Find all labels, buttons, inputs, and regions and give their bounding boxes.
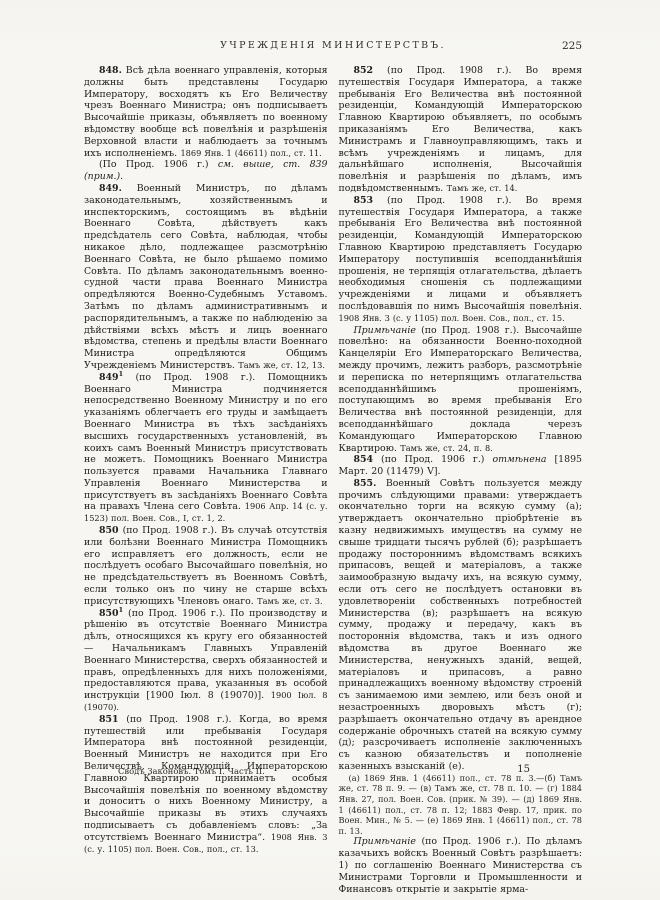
text-segment: 851	[99, 714, 119, 725]
note-853: Примѣчаніе (по Прод. 1908 г.). Высочайше…	[339, 325, 583, 455]
text-segment: (по Прод. 1908 г.). Высочайше повелѣно: …	[339, 325, 583, 454]
article-854: 854 (по Прод. 1906 г.) отмѣнена [1895 Ма…	[339, 454, 583, 478]
article-848-prod: (По Прод. 1906 г.) см. выше, ст. 839 (пр…	[84, 159, 328, 183]
footnote-855: (а) 1869 Янв. 1 (46611) пол., ст. 78 п. …	[339, 773, 583, 837]
text-segment: 849.	[99, 183, 122, 194]
text-segment: (По Прод. 1906 г.)	[99, 159, 218, 170]
article-850-1: 8501 (по Прод. 1906 г.). По производству…	[84, 608, 328, 714]
article-850: 850 (по Прод. 1908 г.). Въ случаѣ отсутс…	[84, 525, 328, 608]
text-segment: Примѣчаніе	[354, 836, 416, 847]
text-segment: (по Прод. 1906 г.). По производству и рѣ…	[84, 608, 328, 702]
article-852: 852 (по Прод. 1908 г.). Во время путешес…	[339, 65, 583, 195]
text-segment: (по Прод. 1908 г.). Помощникъ Военнаго М…	[84, 372, 328, 513]
running-title: УЧРЕЖДЕНІЯ МИНИСТЕРСТВЪ.	[220, 40, 446, 51]
page-footer: Сводъ Законовъ. Томъ I. Часть II. 15	[84, 766, 582, 782]
text-segment: (по Прод. 1908 г.). Въ случаѣ отсутствія…	[84, 525, 328, 607]
article-855: 855. Военный Совѣтъ пользуется между про…	[339, 478, 583, 773]
text-segment: 853	[354, 195, 374, 206]
running-head: УЧРЕЖДЕНІЯ МИНИСТЕРСТВЪ. 225	[84, 40, 582, 51]
article-848: 848. Всѣ дѣла военнаго управленія, котор…	[84, 65, 328, 159]
text-segment: Тамъ же, ст. 14.	[447, 183, 518, 193]
article-851: 851 (по Прод. 1908 г.). Когда, во время …	[84, 714, 328, 856]
note-855: Примѣчаніе (по Прод. 1906 г.). По дѣламъ…	[339, 836, 583, 895]
text-segment: Военный Министръ, по дѣламъ законодатель…	[84, 183, 328, 371]
text-segment: 1908 Янв. 3 (с. у 1105) пол. Воен. Сов.,…	[339, 313, 565, 323]
text-segment: Тамъ же, ст. 3.	[257, 596, 322, 606]
text-segment: 855.	[354, 478, 377, 489]
page-number: 225	[562, 40, 582, 52]
text-segment: 849	[99, 372, 119, 383]
text-segment: Военный Совѣтъ пользуется между прочимъ …	[339, 478, 583, 772]
text-segment: Тамъ же, ст. 12, 13.	[238, 360, 325, 370]
text-segment: 848.	[99, 65, 122, 76]
text-segment: 854	[354, 454, 374, 465]
article-849-1: 8491 (по Прод. 1908 г.). Помощникъ Военн…	[84, 372, 328, 525]
text-segment: 852	[354, 65, 374, 76]
text-segment: отмѣнена	[492, 454, 546, 465]
text-segment: Всѣ дѣла военнаго управленія, которыя до…	[84, 65, 328, 159]
text-segment: 850	[99, 525, 119, 536]
text-segment: 1869 Янв. 1 (46611) пол., ст. 11.	[180, 148, 321, 158]
text-segment: Примѣчаніе	[354, 325, 416, 336]
scanned-book-page: УЧРЕЖДЕНІЯ МИНИСТЕРСТВЪ. 225 848. Всѣ дѣ…	[0, 0, 660, 900]
text-segment: (по Прод. 1906 г.)	[373, 454, 492, 465]
volume-signature: Сводъ Законовъ. Томъ I. Часть II.	[118, 766, 265, 776]
article-849: 849. Военный Министръ, по дѣламъ законод…	[84, 183, 328, 372]
text-segment: (по Прод. 1908 г.). Во время путешествія…	[339, 65, 583, 194]
text-segment: 850	[99, 608, 119, 619]
article-853: 853 (по Прод. 1908 г.). Во время путешес…	[339, 195, 583, 325]
sheet-signature-number: 15	[517, 764, 530, 775]
text-segment: (а) 1869 Янв. 1 (46611) пол., ст. 78 п. …	[339, 773, 583, 836]
text-segment: (по Прод. 1908 г.). Во время путешествія…	[339, 195, 583, 312]
text-segment: Тамъ же, ст. 24, п. 8.	[400, 443, 493, 453]
